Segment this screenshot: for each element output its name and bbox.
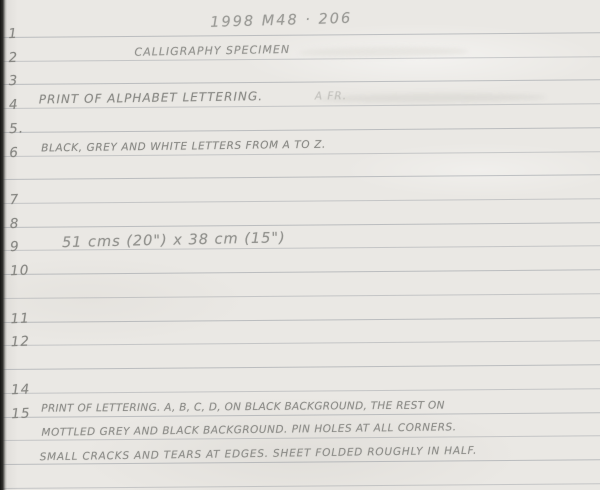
- condition-line-2: MOTTLED GREY AND BLACK BACKGROUND. PIN H…: [41, 422, 456, 439]
- ruled-row: 1 1998 M48 · 206: [0, 0, 600, 38]
- paper-texture-stain: [317, 93, 547, 104]
- erased-text: A FR.: [315, 90, 347, 102]
- dimensions-line: 51 cms (20") x 38 cm (15"): [62, 231, 286, 252]
- notebook-page: 1 1998 M48 · 206 2 CALLIGRAPHY SPECIMEN …: [0, 0, 600, 490]
- object-description-line: PRINT OF ALPHABET LETTERING.: [39, 89, 263, 106]
- accession-header: 1998 M48 · 206: [210, 11, 352, 31]
- title-line: CALLIGRAPHY SPECIMEN: [134, 43, 290, 59]
- condition-line-1: PRINT OF LETTERING. A, B, C, D, ON BLACK…: [41, 399, 445, 414]
- ruled-row: [2, 460, 600, 489]
- colour-description-line: BLACK, GREY AND WHITE LETTERS FROM A TO …: [41, 138, 326, 154]
- scan-edge-shadow: [0, 0, 7, 490]
- ruled-rows: 1 1998 M48 · 206 2 CALLIGRAPHY SPECIMEN …: [0, 0, 600, 489]
- condition-line-3: SMALL CRACKS AND TEARS AT EDGES. SHEET F…: [40, 445, 478, 463]
- paper-texture-stain: [298, 46, 468, 57]
